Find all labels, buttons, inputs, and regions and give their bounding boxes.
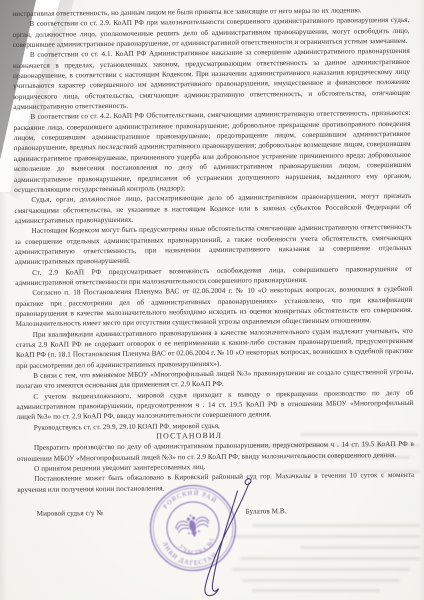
stamp-inner-arc-text: УЧАСТКА №1 <box>176 536 218 560</box>
scanned-page: нистративная ответственность, но данным … <box>0 0 424 600</box>
resolution-paragraph: Прекратить производство по делу об админ… <box>17 439 414 464</box>
bleedthrough-line <box>242 579 400 582</box>
stamp-ring-bottom-text: ЛИКИ ДАГЕСТАН <box>160 531 220 574</box>
document-text: нистративная ответственность, но данным … <box>12 5 414 520</box>
paragraph: В соответствии со ст. 4.1. КоАП РФ Админ… <box>13 46 411 112</box>
signature-row: Мировой судья с/у № Булатов М.В. <box>18 505 415 520</box>
paragraph: При квалификации административного право… <box>16 325 413 371</box>
judge-role-label: Мировой судья с/у № <box>37 508 104 519</box>
bleedthrough-line <box>240 557 420 560</box>
paragraph: Судья, орган, должностное лицо, рассматр… <box>14 191 411 226</box>
paragraph: Настоящим Кодексом могут быть предусмотр… <box>15 222 412 268</box>
svg-text:ЛИКИ ДАГЕСТАН: ЛИКИ ДАГЕСТАН <box>160 531 220 574</box>
resolution-paragraph: Постановление может быть обжаловано в Ки… <box>17 470 414 495</box>
bleedthrough-line <box>252 589 380 592</box>
bleedthrough-line <box>232 568 410 571</box>
paragraph: С учетом вышеизложенного, мировой судья … <box>16 388 413 423</box>
paragraph: Согласно п. 18 Постановления Пленума ВАС… <box>15 284 412 330</box>
bleedthrough-line <box>300 546 420 549</box>
svg-text:УЧАСТКА №1: УЧАСТКА №1 <box>176 536 218 560</box>
paragraph: В соответствии со ст. 2.9. КоАП РФ при м… <box>12 15 409 50</box>
judge-name: Булатов М.В. <box>246 506 287 517</box>
bleedthrough-line <box>252 524 420 527</box>
paragraph: В соответствии со ст. 4.2. КоАП РФ Обсто… <box>13 108 411 195</box>
bleedthrough-line <box>232 535 420 538</box>
